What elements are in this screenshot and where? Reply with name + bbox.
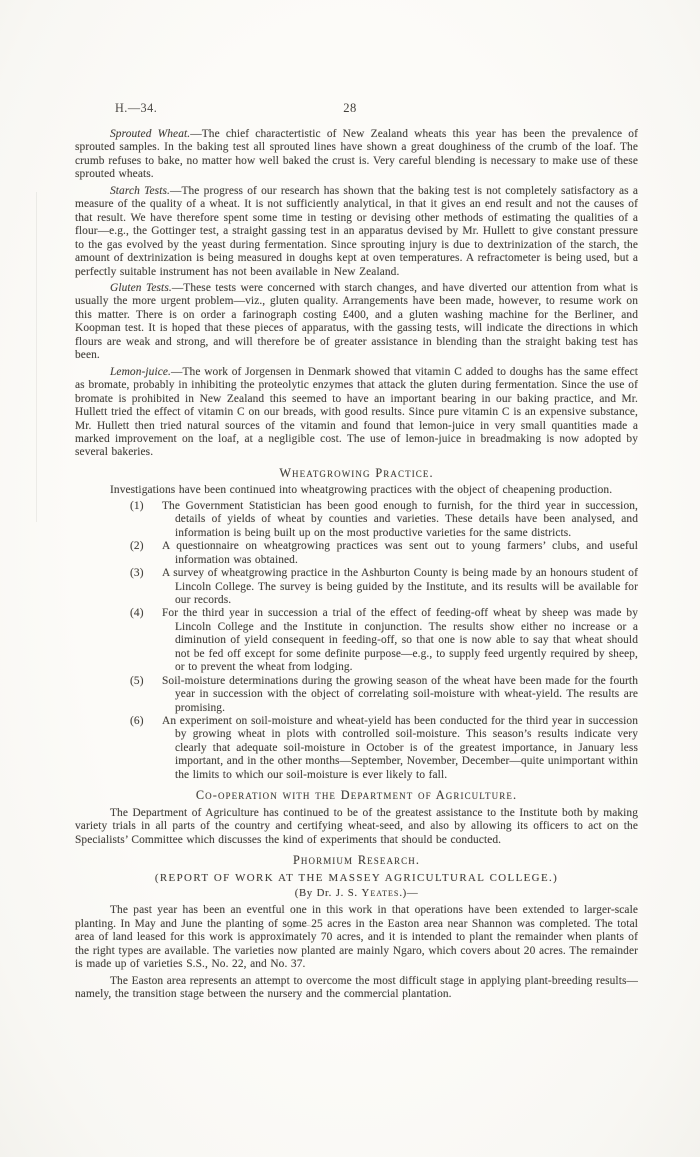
paragraph-phormium-planting: The past year has been an eventful one i… xyxy=(75,904,638,971)
list-item-2: (2)A questionnaire on wheatgrowing pract… xyxy=(75,540,638,567)
item-text: Soil-moisture determinations during the … xyxy=(162,675,638,714)
item-text: A questionnaire on wheatgrowing practice… xyxy=(162,540,638,565)
item-number: (5) xyxy=(130,675,162,688)
item-text: An experiment on soil-moisture and wheat… xyxy=(162,715,638,781)
paragraph-easton-area: The Easton area represents an attempt to… xyxy=(75,975,638,1002)
item-number: (3) xyxy=(130,567,162,580)
paragraph-lead-italic: Lemon-juice. xyxy=(110,366,171,378)
paragraph-starch-tests: Starch Tests.—The progress of our resear… xyxy=(75,185,638,279)
paragraph-lead-italic: Gluten Tests. xyxy=(110,282,172,294)
paragraph-sprouted-wheat: Sprouted Wheat.—The chief charactertisti… xyxy=(75,128,638,182)
item-number: (2) xyxy=(130,540,162,553)
paragraph-lemon-juice: Lemon-juice.—The work of Jorgensen in De… xyxy=(75,366,638,460)
list-item-4: (4)For the third year in succession a tr… xyxy=(75,607,638,674)
byline-suffix: .)— xyxy=(399,887,418,899)
paragraph-text: —The progress of our research has shown … xyxy=(75,185,638,278)
item-text: For the third year in succession a trial… xyxy=(162,607,638,673)
paragraph-lead-italic: Sprouted Wheat. xyxy=(110,128,190,140)
section-heading-wheatgrowing-practice: Wheatgrowing Practice. xyxy=(75,467,638,480)
item-text: A survey of wheatgrowing practice in the… xyxy=(162,567,638,606)
scan-artifact-margin-line xyxy=(36,192,37,522)
report-subheading: (REPORT OF WORK AT THE MASSEY AGRICULTUR… xyxy=(75,872,638,885)
scanned-report-page: H.—34. 28 Sprouted Wheat.—The chief char… xyxy=(0,0,700,1157)
author-byline: (By Dr. J. S. Yeates.)— xyxy=(75,887,638,900)
paragraph-cooperation: The Department of Agriculture has contin… xyxy=(75,807,638,847)
paragraph-lead-italic: Starch Tests. xyxy=(110,185,170,197)
section-heading-phormium-research: Phormium Research. xyxy=(75,854,638,867)
list-item-5: (5)Soil-moisture determinations during t… xyxy=(75,675,638,715)
paragraph-wheatgrowing-intro: Investigations have been continued into … xyxy=(75,484,638,497)
list-item-3: (3)A survey of wheatgrowing practice in … xyxy=(75,567,638,607)
item-number: (1) xyxy=(130,500,162,513)
item-number: (4) xyxy=(130,607,162,620)
paragraph-text: —The work of Jorgensen in Denmark showed… xyxy=(75,366,638,459)
author-name: Yeates xyxy=(362,887,400,899)
list-item-1: (1)The Government Statistician has been … xyxy=(75,500,638,540)
section-heading-cooperation: Co-operation with the Department of Agri… xyxy=(75,789,638,802)
numbered-list: (1)The Government Statistician has been … xyxy=(75,500,638,783)
page-content: Sprouted Wheat.—The chief charactertisti… xyxy=(75,128,638,1005)
item-text: The Government Statistician has been goo… xyxy=(162,500,638,539)
page-header: H.—34. 28 xyxy=(0,101,700,119)
paragraph-gluten-tests: Gluten Tests.—These tests were concerned… xyxy=(75,282,638,363)
list-item-6: (6)An experiment on soil-moisture and wh… xyxy=(75,715,638,782)
item-number: (6) xyxy=(130,715,162,728)
page-number: 28 xyxy=(0,101,700,116)
byline-prefix: (By Dr. J. S. xyxy=(295,887,362,899)
